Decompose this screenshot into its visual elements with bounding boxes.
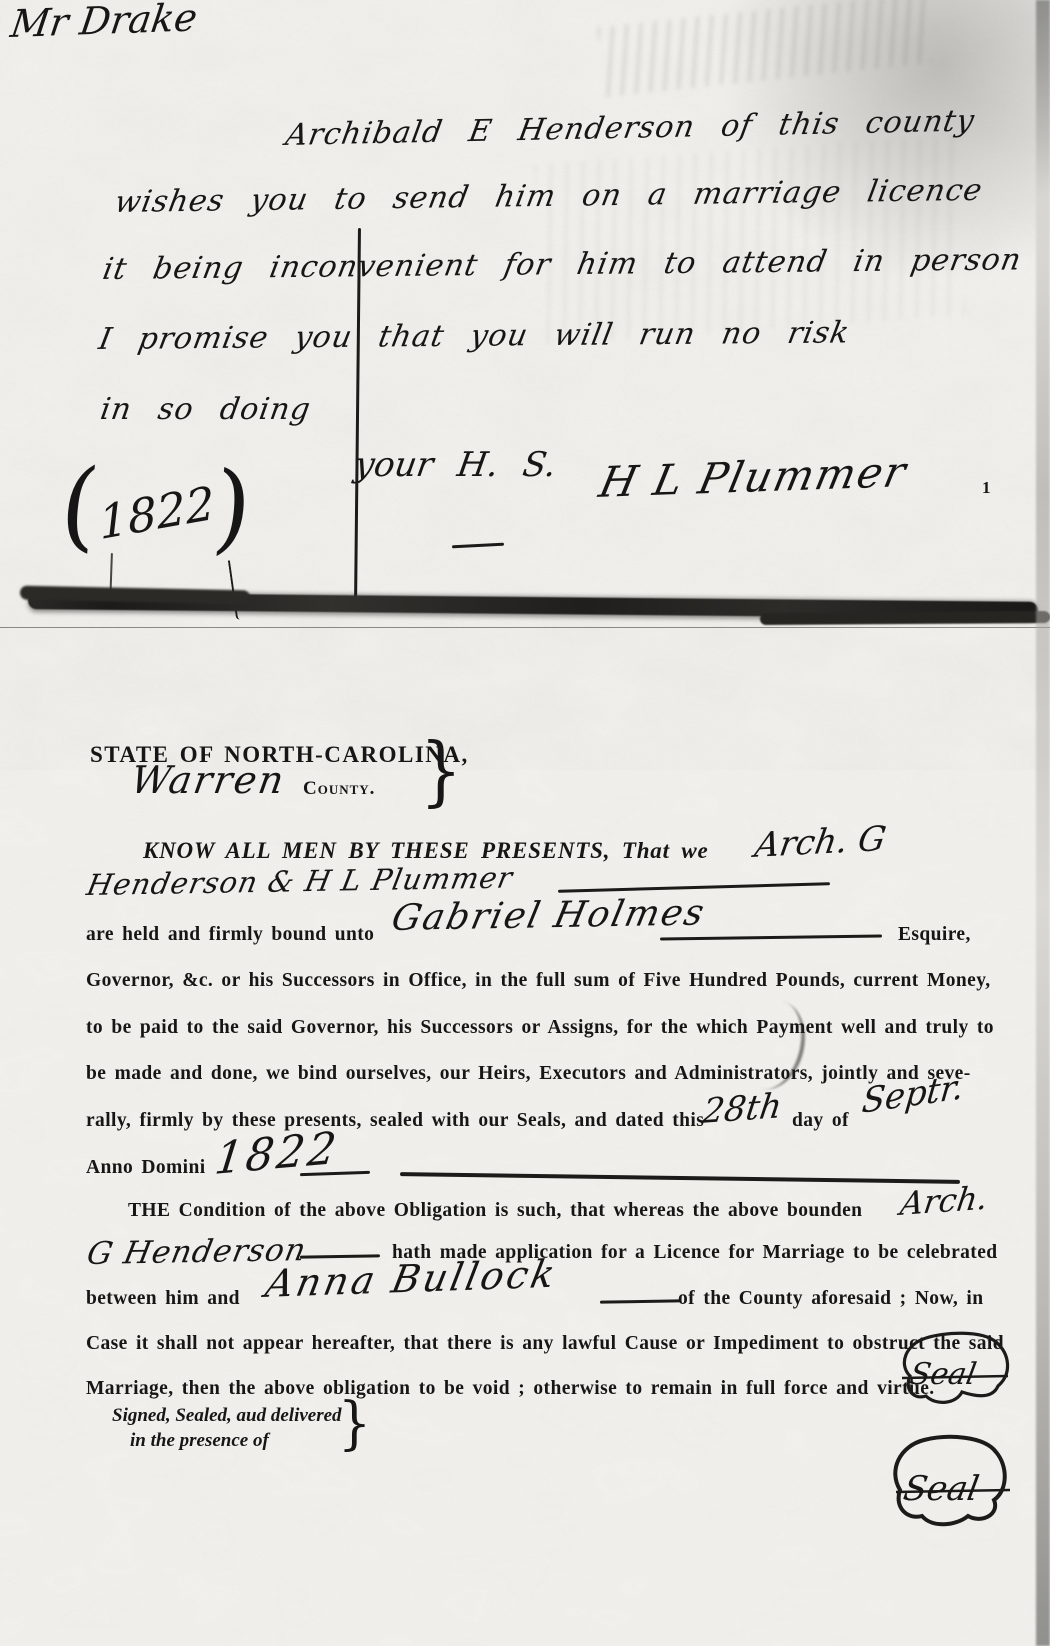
obligee-name: Gabriel Holmes [388,892,709,939]
know-all-men-line: KNOW ALL MEN BY THESE PRESENTS, That we [143,838,708,864]
bounden-name-part1: Arch. [898,1178,990,1223]
body-line-2: to be paid to the said Governor, his Suc… [86,1017,994,1039]
letter-line-3: it being inconvenient for him to attend … [100,242,1025,287]
letter-line-2: wishes you to send him on a marriage lic… [112,173,985,220]
seal-top-label: Seal [907,1357,979,1392]
bound-unto-label: are held and firmly bound unto [86,924,374,946]
seal-scribble-top: Seal [896,1330,1016,1414]
bleedthrough-band [534,136,966,345]
bride-fill-stroke [600,1299,680,1303]
witness-line-2: in the presence of [130,1430,269,1452]
principal-name-first: Arch. G [752,819,889,866]
docket-paren-close: ) [207,449,256,564]
letter-closing: your H. S. [352,445,559,485]
letter-line-1: Archibald E Henderson of this county [283,103,977,153]
addressee-note: Mr Drake [8,0,200,46]
blank-fill-stroke-2 [660,934,882,940]
county-name-handwritten: Warren [128,758,289,802]
day-of-label: day of [792,1110,849,1132]
letter-line-5: in so doing [98,392,313,427]
year-value-handwritten: 1822 [212,1122,342,1185]
vertical-fold-line [354,228,361,606]
county-label: County. [303,778,375,800]
docket-paren-open: ( [54,449,103,564]
cross-mark [452,543,504,549]
letter-signature: H L Plummer [595,447,912,507]
condition-line-4: Case it shall not appear hereafter, that… [86,1333,1004,1355]
condition-line-3: of the County aforesaid ; Now, in [678,1288,983,1310]
witness-line-1: Signed, Sealed, aud delivered [112,1405,342,1427]
condition-line-5: Marriage, then the above obligation to b… [86,1378,935,1400]
page-marker: 1 [982,478,991,498]
scan-edge-shadow [1036,0,1050,1646]
witness-brace: } [338,1395,371,1452]
esquire-label: Esquire, [898,924,971,946]
seal-bottom-label: Seal [900,1469,982,1509]
fold-ink-band-right [760,611,1050,625]
document-scan-page: Mr Drake Archibald E Henderson of this c… [0,0,1050,1646]
bride-name-handwritten: Anna Bullock [262,1252,561,1306]
body-line-3: be made and done, we bind ourselves, our… [86,1063,971,1085]
body-line-4: rally, firmly by these presents, sealed … [86,1110,704,1132]
between-label: between him and [86,1288,240,1310]
anno-domini-label: Anno Domini [86,1157,206,1179]
docket-year: 1822 [98,476,217,550]
docket-year-note: ( 1822 ) [66,452,256,564]
county-brace: } [420,733,462,809]
seal-scribble-bottom: Seal [888,1432,1018,1532]
blank-fill-stroke-1 [558,882,830,893]
day-value-handwritten: 28th [700,1086,784,1132]
fold-hairline [0,627,1050,628]
year-fill-stroke-b [400,1172,960,1184]
letter-line-4: I promise you that you will run no risk [96,315,853,357]
principal-name-second: Henderson & H L Plummer [84,860,516,902]
stain-top-left-script [597,0,933,97]
body-line-1: Governor, &c. or his Successors in Offic… [86,970,991,992]
condition-line-1: THE Condition of the above Obligation is… [128,1200,862,1222]
